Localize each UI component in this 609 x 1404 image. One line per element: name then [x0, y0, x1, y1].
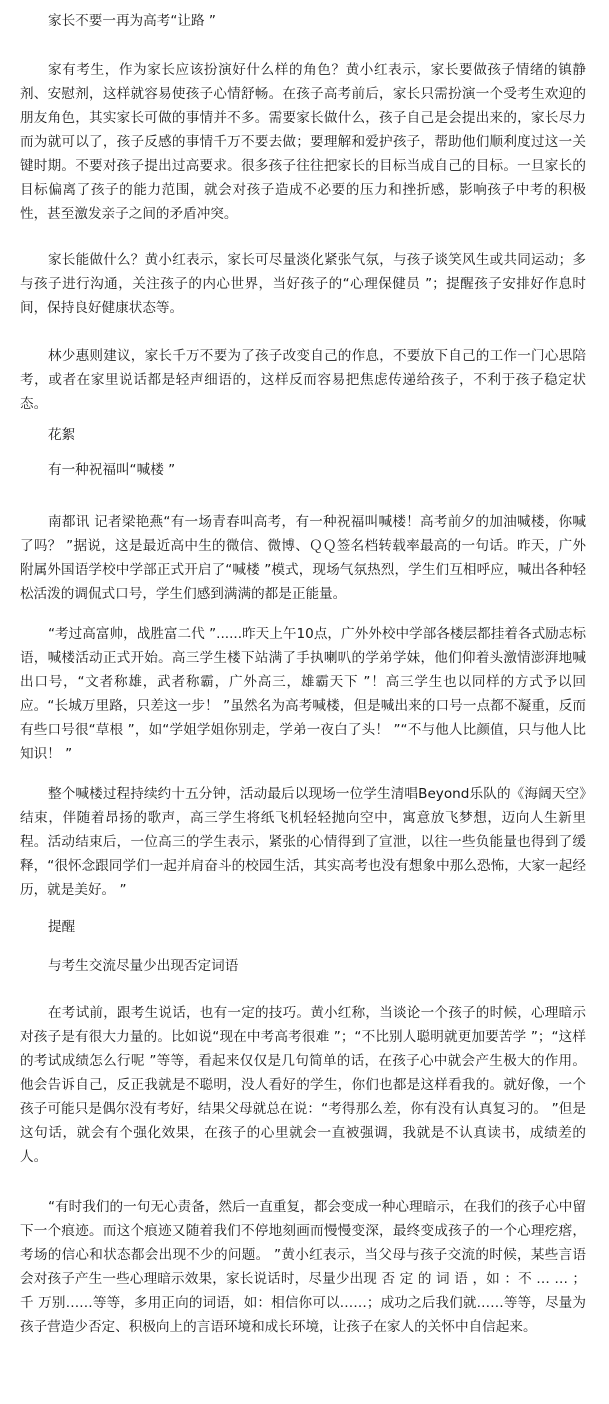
paragraph: 南都讯 记者梁艳燕“有一场青春叫高考，有一种祝福叫喊楼！高考前夕的加油喊楼，你喊…	[20, 510, 586, 606]
article: 家长不要一再为高考“让路 ” 家有考生，作为家长应该扮演好什么样的角色？黄小红表…	[0, 0, 609, 1404]
section-heading: 有一种祝福叫“喊楼 ”	[48, 458, 175, 482]
section-label: 花絮	[48, 423, 75, 447]
paragraph: 整个喊楼过程持续约十五分钟，活动最后以现场一位学生清唱Beyond乐队的《海阔天…	[20, 782, 586, 902]
section-heading: 家长不要一再为高考“让路 ”	[48, 9, 216, 33]
paragraph: 林少惠则建议，家长千万不要为了孩子改变自己的作息，不要放下自己的工作一门心思陪考…	[20, 344, 586, 416]
paragraph: “考过高富帅，战胜富二代 ”......昨天上午10点，广外外校中学部各楼层都挂…	[20, 622, 586, 766]
paragraph: 家有考生，作为家长应该扮演好什么样的角色？黄小红表示，家长要做孩子情绪的镇静剂、…	[20, 58, 586, 226]
paragraph: 在考试前，跟考生说话，也有一定的技巧。黄小红称，当谈论一个孩子的时候，心理暗示对…	[20, 1001, 586, 1169]
section-label: 提醒	[48, 915, 75, 939]
section-heading: 与考生交流尽量少出现否定词语	[48, 954, 238, 978]
paragraph: 家长能做什么？黄小红表示，家长可尽量淡化紧张气氛，与孩子谈笑风生或共同运动；多与…	[20, 248, 586, 320]
paragraph: “有时我们的一句无心责备，然后一直重复，都会变成一种心理暗示，在我们的孩子心中留…	[20, 1195, 586, 1339]
